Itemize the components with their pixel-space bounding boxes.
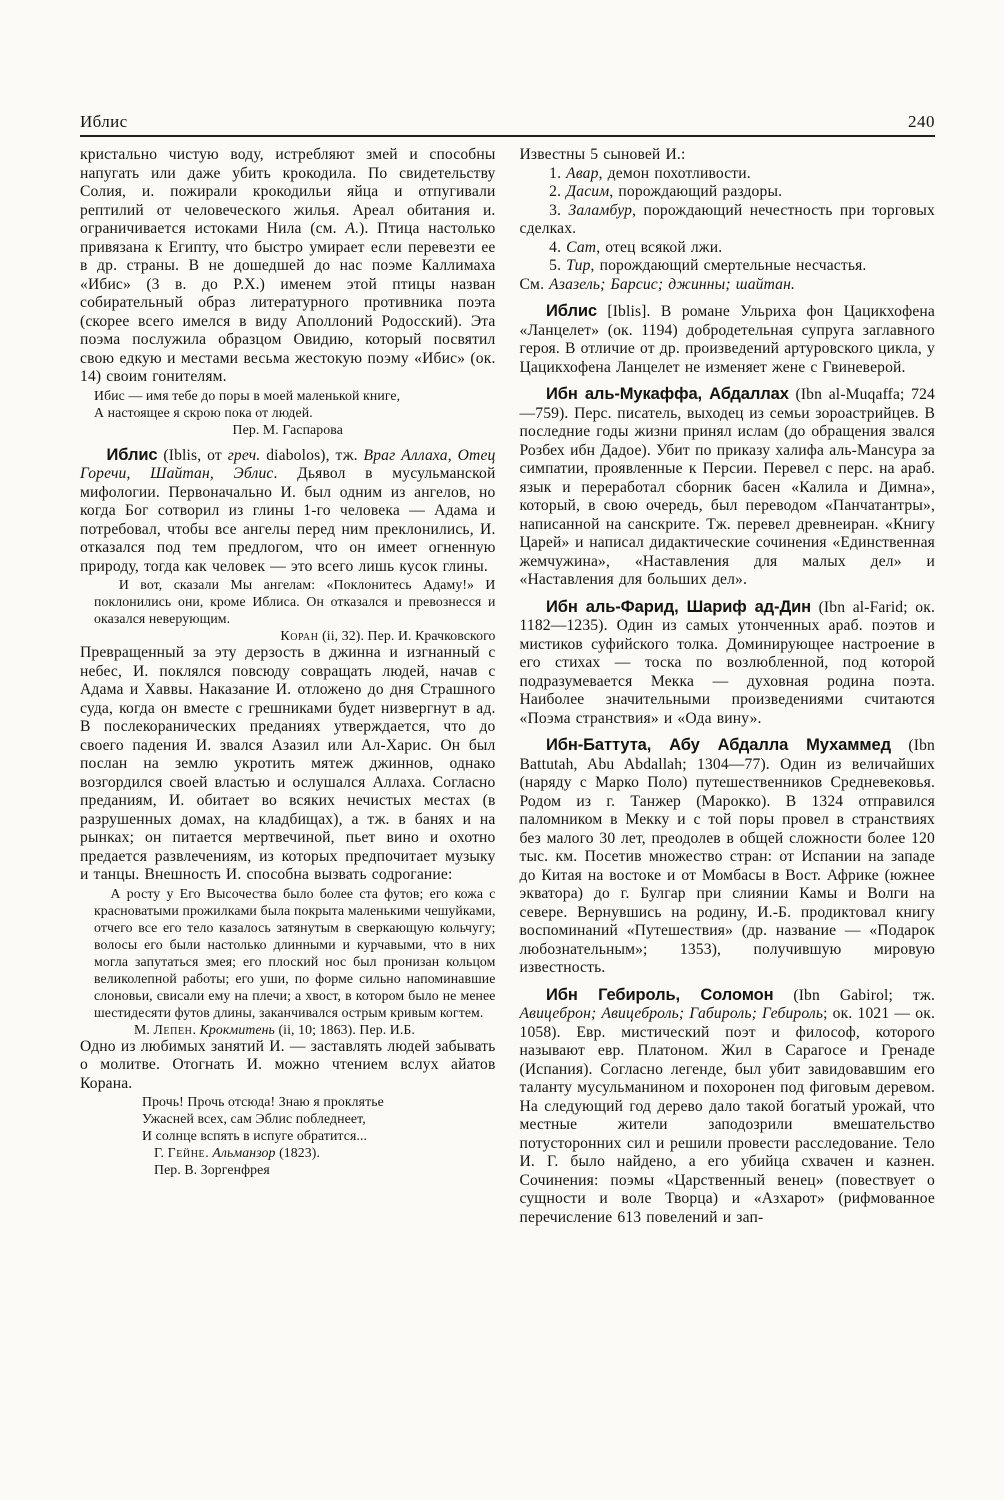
body-text: diabolos), тж.: [260, 447, 363, 464]
body-text: Ужасней всех, сам Эблис побледнеет,: [142, 1111, 366, 1126]
poem-line-ibis-1: Ибис — имя тебе до поры в моей маленькой…: [94, 387, 496, 404]
entry-headword: Ибн-Баттута, Абу Абдалла Мухаммед: [546, 735, 891, 754]
entry-headword: Иблис: [107, 445, 158, 464]
entry-iblis-lanzelet: Иблис [Iblis]. В романе Ульриха фон Цаци…: [520, 302, 936, 377]
entry-ibn-battuta: Ибн-Баттута, Абу Абдалла Мухаммед (Ibn B…: [520, 736, 936, 978]
body-text: .: [193, 1022, 200, 1037]
poem-line-ibis-2: А настоящее я скрою пока от людей.: [94, 404, 496, 421]
body-text: 4.: [549, 239, 566, 256]
body-text: Превращенный за эту дерзость в джинна и …: [80, 644, 496, 883]
entry-headword: Ибн Гебироль, Соломон: [546, 985, 773, 1004]
left-column: кристально чистую воду, истребляют змей …: [80, 146, 496, 1227]
italic-text: Тир: [566, 257, 590, 274]
paragraph-ibis-continuation: кристально чистую воду, истребляют змей …: [80, 146, 496, 387]
body-text: 5.: [549, 257, 566, 274]
body-text: (ii, 32). Пер. И. Крачковского: [319, 628, 496, 643]
page-number: 240: [908, 112, 935, 132]
italic-text: Крокмитень: [200, 1022, 275, 1037]
attribution-koran: Коран (ii, 32). Пер. И. Крачковского: [80, 627, 496, 644]
entry-ibn-gabirol: Ибн Гебироль, Соломон (Ibn Gabirol; тж. …: [520, 986, 936, 1228]
body-text: 1.: [549, 165, 566, 182]
list-item-son-2: 2. Дасим, порождающий раздоры.: [520, 183, 936, 202]
list-item-son-4: 4. Сат, отец всякой лжи.: [520, 239, 936, 258]
body-text: , отец всякой лжи.: [596, 239, 722, 256]
running-title: Иблис: [80, 112, 128, 132]
body-text: (Iblis, от: [158, 447, 228, 464]
body-text: ; ок. 1021 — ок. 1058). Евр. мистический…: [520, 1005, 936, 1226]
italic-text: Азазель; Барсис; джинны; шайтан.: [549, 276, 795, 293]
two-column-layout: кристально чистую воду, истребляют змей …: [80, 146, 935, 1227]
entry-headword: Иблис: [546, 301, 597, 320]
entry-ibn-al-farid: Ибн аль-Фарид, Шариф ад-Дин (Ibn al-Fari…: [520, 598, 936, 729]
body-text: (1823).: [276, 1145, 320, 1160]
entry-iblis-mythology: Иблис (Iblis, от греч. diabolos), тж. Вр…: [80, 446, 496, 577]
entry-headword: Ибн аль-Мукаффа, Абдаллах: [546, 384, 789, 403]
body-text: Прочь! Прочь отсюда! Знаю я проклятье: [142, 1094, 384, 1109]
italic-text: Заламбур: [568, 202, 632, 219]
body-text: И солнце вспять в испуге обратится...: [142, 1128, 367, 1143]
poem-line-heine-3: И солнце вспять в испуге обратится...: [142, 1127, 496, 1144]
smallcaps-text: Гейне: [168, 1145, 206, 1160]
list-item-son-1: 1. Авар, демон похотливости.: [520, 165, 936, 184]
body-text: Пер. М. Гаспарова: [233, 422, 343, 437]
list-item-son-5: 5. Тир, порождающий смертельные несчасть…: [520, 257, 936, 276]
paragraph-sons-intro: Известны 5 сыновей И.:: [520, 146, 936, 165]
attribution-sorgenfrei: Пер. В. Зоргенфрея: [154, 1161, 496, 1178]
body-text: Известны 5 сыновей И.:: [520, 146, 686, 163]
list-item-son-3: 3. Заламбур, порождающий нечестность при…: [520, 202, 936, 239]
paragraph-iblis-prayer: Одно из любимых занятий И. — заставлять …: [80, 1038, 496, 1094]
poem-line-heine-2: Ужасней всех, сам Эблис побледнеет,: [142, 1110, 496, 1127]
body-text: (ii, 10; 1863). Пер. И.Б.: [275, 1022, 415, 1037]
body-text: А росту у Его Высочества было более ста …: [94, 886, 496, 1020]
body-text: 3.: [549, 202, 568, 219]
body-text: И вот, сказали Мы ангелам: «Поклонитесь …: [94, 577, 496, 626]
attribution-heine: Г. Гейне. Альманзор (1823).: [154, 1144, 496, 1161]
quote-koran: И вот, сказали Мы ангелам: «Поклонитесь …: [94, 576, 496, 627]
italic-text: Дасим: [566, 183, 609, 200]
italic-text: Авицеброн; Авицеброль; Габироль; Гебирол…: [520, 1005, 824, 1022]
quote-croquemitaine: А росту у Его Высочества было более ста …: [94, 885, 496, 1021]
attribution-gasparov: Пер. М. Гаспарова: [80, 421, 496, 438]
italic-text: греч.: [228, 447, 261, 464]
body-text: Ибис — имя тебе до поры в моей маленькой…: [94, 388, 400, 403]
attribution-lepen: М. Лепен. Крокмитень (ii, 10; 1863). Пер…: [134, 1021, 496, 1038]
italic-text: Авар: [566, 165, 598, 182]
body-text: Одно из любимых занятий И. — заставлять …: [80, 1038, 496, 1092]
right-column: Известны 5 сыновей И.: 1. Авар, демон по…: [520, 146, 936, 1227]
body-text: (Ibn al-Muqaffa; 724—759). Перс. писател…: [520, 386, 936, 588]
body-text: Г.: [154, 1145, 168, 1160]
see-also-line: См. Азазель; Барсис; джинны; шайтан.: [520, 276, 936, 295]
paragraph-iblis-legend: Превращенный за эту дерзость в джинна и …: [80, 644, 496, 885]
entry-headword: Ибн аль-Фарид, Шариф ад-Дин: [546, 597, 811, 616]
body-text: , порождающий смертельные несчастья.: [591, 257, 867, 274]
body-text: 2.: [549, 183, 566, 200]
body-text: , порождающий раздоры.: [609, 183, 782, 200]
body-text: (Ibn Gabirol; тж.: [773, 987, 935, 1004]
poem-line-heine-1: Прочь! Прочь отсюда! Знаю я проклятье: [142, 1093, 496, 1110]
body-text: См.: [520, 276, 550, 293]
body-text: Пер. В. Зоргенфрея: [154, 1162, 270, 1177]
page-header: Иблис 240: [80, 112, 935, 137]
body-text: ). Птица настолько привязана к Египту, ч…: [80, 220, 496, 385]
italic-text: А.: [345, 220, 359, 237]
italic-text: Альманзор: [212, 1145, 275, 1160]
italic-text: Сат: [566, 239, 596, 256]
smallcaps-text: Коран: [280, 628, 318, 643]
encyclopedia-page: Иблис 240 кристально чистую воду, истреб…: [0, 0, 1004, 1500]
body-text: А настоящее я скрою пока от людей.: [94, 405, 313, 420]
entry-ibn-al-muqaffa: Ибн аль-Мукаффа, Абдаллах (Ibn al-Muqaff…: [520, 385, 936, 590]
body-text: , демон похотливости.: [599, 165, 751, 182]
body-text: (Ibn Battutah, Abu Abdallah; 1304—77). О…: [520, 737, 936, 976]
body-text: (Ibn al-Farid; ок. 1182—1235). Один из с…: [520, 599, 936, 727]
smallcaps-text: Лепен: [153, 1022, 192, 1037]
body-text: М.: [134, 1022, 153, 1037]
